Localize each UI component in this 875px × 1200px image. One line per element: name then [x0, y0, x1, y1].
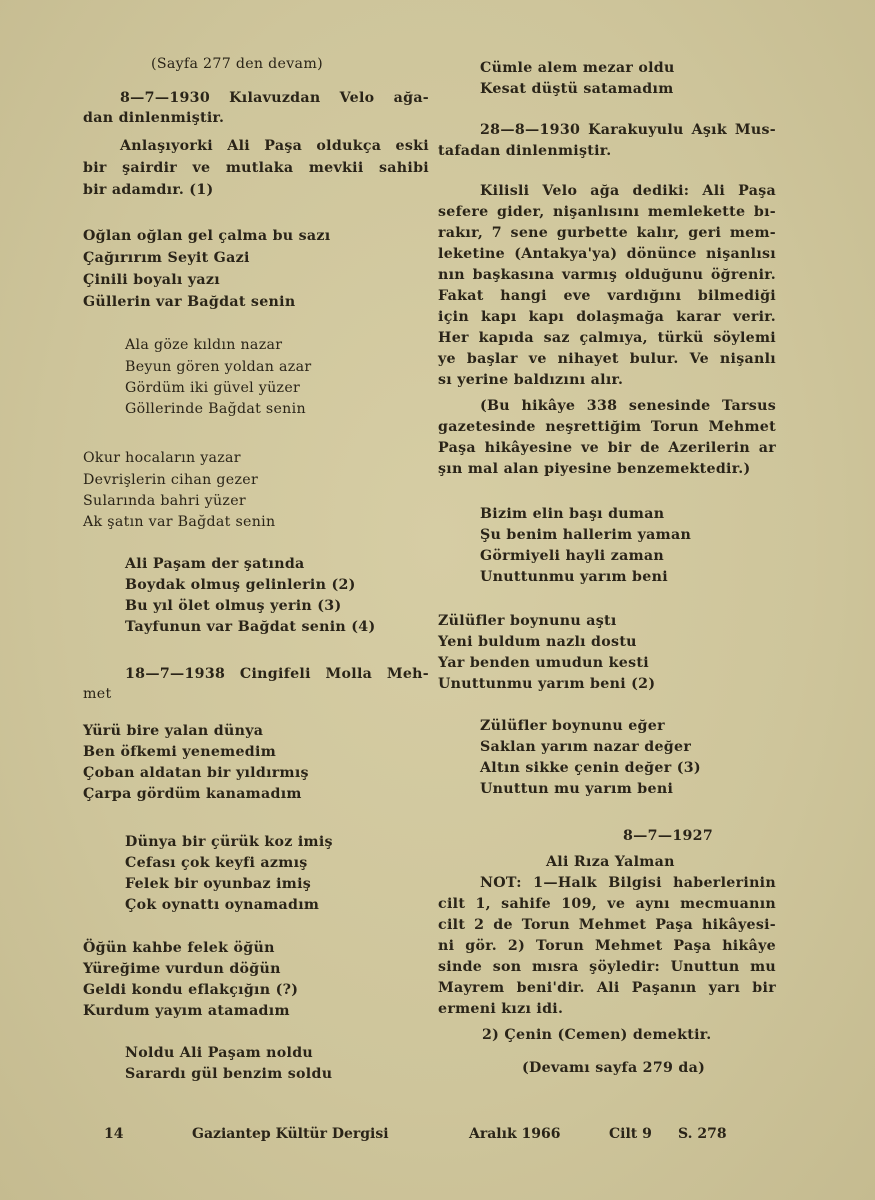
story-line: rakır, 7 sene gurbette kalır, geri mem- — [438, 223, 776, 243]
verse-line: Çarpa gördüm kanamadım — [83, 784, 302, 804]
paragraph-line: bir adamdır. (1) — [83, 180, 214, 200]
note-line: NOT: 1—Halk Bilgisi haberlerinin — [480, 873, 776, 893]
verse-line: Sularında bahri yüzer — [83, 491, 246, 511]
verse-line: Bu yıl ölet olmuş yerin (3) — [125, 596, 341, 616]
verse-line: Geldi kondu eflakçığın (?) — [83, 980, 298, 1000]
verse-line: Çağırırım Seyit Gazi — [83, 248, 250, 268]
journal-title: Gaziantep Kültür Dergisi — [192, 1126, 389, 1142]
verse-line: Kesat düştü satamadım — [480, 79, 674, 99]
paragraph-line: bir şairdir ve mutlaka mevkii sahibi — [83, 158, 429, 178]
note-line: sinde son mısra şöyledir: Unuttun mu — [438, 957, 776, 977]
story-line: için kapı kapı dolaşmağa karar verir. — [438, 307, 776, 327]
verse-line: Yar benden umudun kesti — [438, 653, 649, 673]
issue-date: Aralık 1966 — [469, 1126, 561, 1142]
source-line: met — [83, 684, 111, 704]
note-line: Mayrem beni'dir. Ali Paşanın yarı bir — [438, 978, 776, 998]
verse-line: Göllerinde Bağdat senin — [125, 399, 306, 419]
story-line: Fakat hangi eve vardığını bilmediği — [438, 286, 776, 306]
note-paragraph-line: Paşa hikâyesine ve bir de Azerilerin ar — [438, 438, 776, 458]
story-line: leketine (Antakya'ya) dönünce nişanlısı — [438, 244, 776, 264]
verse-line: Unuttun mu yarım beni — [480, 779, 673, 799]
verse-line: Yürü bire yalan dünya — [83, 721, 263, 741]
verse-line: Boydak olmuş gelinlerin (2) — [125, 575, 356, 595]
story-line: nın başkasına varmış olduğunu öğrenir. — [438, 265, 776, 285]
source-line: dan dinlenmiştir. — [83, 108, 224, 128]
verse-line: Noldu Ali Paşam noldu — [125, 1043, 313, 1063]
verse-line: Beyun gören yoldan azar — [125, 357, 311, 377]
note-paragraph-line: gazetesinde neşrettiğim Torun Mehmet — [438, 417, 776, 437]
continuation-header: (Sayfa 277 den devam) — [151, 54, 323, 74]
verse-line: Dünya bir çürük koz imiş — [125, 832, 333, 852]
verse-line: Yeni buldum nazlı dostu — [438, 632, 637, 652]
verse-line: Cümle alem mezar oldu — [480, 58, 675, 78]
verse-line: Saklan yarım nazar değer — [480, 737, 691, 757]
verse-line: Güllerin var Bağdat senin — [83, 292, 295, 312]
verse-line: Yüreğime vurdun döğün — [83, 959, 281, 979]
verse-line: Felek bir oyunbaz imiş — [125, 874, 311, 894]
verse-line: Çinili boyalı yazı — [83, 270, 220, 290]
magazine-page: (Sayfa 277 den devam) 8—7—1930 Kılavuzda… — [0, 0, 875, 1200]
verse-line: Zülüfler boynunu aştı — [438, 611, 617, 631]
story-line: sı yerine baldızını alır. — [438, 370, 623, 390]
continued-note: (Devamı sayfa 279 da) — [522, 1058, 705, 1078]
note-2: 2) Çenin (Cemen) demektir. — [482, 1025, 712, 1045]
note-line: ni gör. 2) Torun Mehmet Paşa hikâye — [438, 936, 776, 956]
page-footer: 14 Gaziantep Kültür Dergisi Aralık 1966 … — [0, 1126, 875, 1146]
verse-line: Devrişlerin cihan gezer — [83, 470, 258, 490]
source-line: 8—7—1930 Kılavuzdan Velo ağa- — [83, 88, 429, 108]
verse-line: Zülüfler boynunu eğer — [480, 716, 665, 736]
verse-line: Okur hocaların yazar — [83, 448, 241, 468]
verse-line: Öğün kahbe felek öğün — [83, 938, 275, 958]
verse-line: Sarardı gül benzim soldu — [125, 1064, 332, 1084]
verse-line: Unuttunmu yarım beni — [480, 567, 668, 587]
verse-line: Ben öfkemi yenemedim — [83, 742, 276, 762]
verse-line: Tayfunun var Bağdat senin (4) — [125, 617, 375, 637]
volume: Cilt 9 — [609, 1126, 652, 1142]
story-line: Her kapıda saz çalmıya, türkü söylemi — [438, 328, 776, 348]
issue-page: S. 278 — [678, 1126, 727, 1142]
source-line: 28—8—1930 Karakuyulu Aşık Mus- — [480, 120, 776, 140]
note-line: cilt 2 de Torun Mehmet Paşa hikâyesi- — [438, 915, 776, 935]
verse-line: Unuttunmu yarım beni (2) — [438, 674, 655, 694]
note-paragraph-line: (Bu hikâye 338 senesinde Tarsus — [480, 396, 776, 416]
verse-line: Çok oynattı oynamadım — [125, 895, 319, 915]
verse-line: Görmiyeli hayli zaman — [480, 546, 664, 566]
verse-line: Kurdum yayım atamadım — [83, 1001, 290, 1021]
story-line: sefere gider, nişanlısını memlekette bı- — [438, 202, 776, 222]
page-number: 14 — [104, 1126, 123, 1142]
verse-line: Şu benim hallerim yaman — [480, 525, 691, 545]
signature-date: 8—7—1927 — [623, 826, 713, 846]
story-line: ye başlar ve nihayet bulur. Ve nişanlı — [438, 349, 776, 369]
author-name: Ali Rıza Yalman — [546, 852, 675, 872]
verse-line: Bizim elin başı duman — [480, 504, 664, 524]
source-line: 18—7—1938 Cingifeli Molla Meh- — [125, 664, 429, 684]
verse-line: Çoban aldatan bir yıldırmış — [83, 763, 309, 783]
note-line: ermeni kızı idi. — [438, 999, 563, 1019]
verse-line: Ali Paşam der şatında — [125, 554, 305, 574]
verse-line: Oğlan oğlan gel çalma bu sazı — [83, 226, 330, 246]
verse-line: Gördüm iki güvel yüzer — [125, 378, 300, 398]
paragraph-line: Anlaşıyorki Ali Paşa oldukça eski — [120, 136, 429, 156]
note-line: cilt 1, sahife 109, ve aynı mecmuanın — [438, 894, 776, 914]
verse-line: Ala göze kıldın nazar — [125, 335, 282, 355]
source-line: tafadan dinlenmiştir. — [438, 141, 612, 161]
verse-line: Altın sikke çenin değer (3) — [480, 758, 701, 778]
verse-line: Cefası çok keyfi azmış — [125, 853, 308, 873]
note-paragraph-line: şın mal alan piyesine benzemektedir.) — [438, 459, 750, 479]
story-line: Kilisli Velo ağa dediki: Ali Paşa — [480, 181, 776, 201]
verse-line: Ak şatın var Bağdat senin — [83, 512, 275, 532]
